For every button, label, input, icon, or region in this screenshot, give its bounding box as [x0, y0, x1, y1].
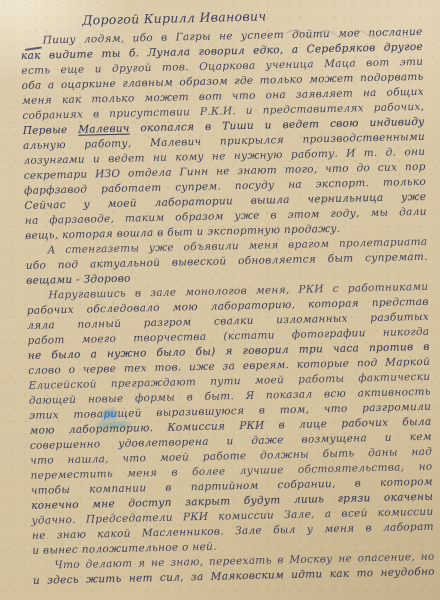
- handwriting-text: Первые: [23, 124, 79, 137]
- letter-lines: Пишу лодям, ибо в Гагры не успеет дойти …: [21, 25, 435, 589]
- letter-body: Дорогой Кирилл Иванович Пишу лодям, ибо …: [20, 1, 435, 589]
- handwriting-text: вещами - Здорово: [26, 273, 131, 287]
- underlined-word: Малевич: [78, 123, 130, 136]
- ink-smudge-word: ри: [103, 408, 117, 420]
- handwriting-text: этих това: [29, 408, 103, 422]
- letter-page: Дорогой Кирилл Иванович Пишу лодям, ибо …: [0, 0, 440, 600]
